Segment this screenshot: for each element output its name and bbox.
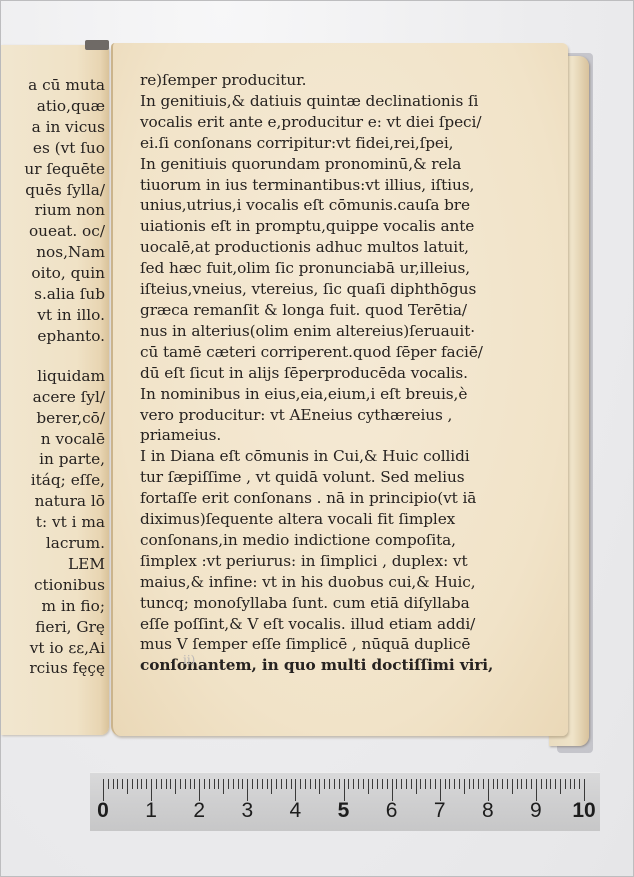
text-line: berer,cō/ — [1, 408, 105, 429]
ruler-tick — [228, 779, 229, 789]
ruler-tick — [435, 779, 436, 789]
ruler-tick — [344, 779, 345, 801]
ruler-tick — [209, 779, 210, 789]
ruler-tick — [574, 779, 575, 789]
ruler-tick — [141, 779, 142, 789]
ruler-tick — [420, 779, 421, 789]
text-line: m in fio; — [1, 596, 105, 617]
text-line: cū tamē cæteri corriperent.quod ſēper fa… — [140, 342, 490, 363]
ruler-tick — [521, 779, 522, 789]
text-line: t: vt i ma — [1, 512, 105, 533]
ruler-tick — [276, 779, 277, 789]
ruler-tick — [512, 779, 513, 794]
text-line: lacrum. — [1, 533, 105, 554]
ruler-tick — [531, 779, 532, 789]
ruler-tick — [175, 779, 176, 794]
text-line: a in vicus — [1, 117, 105, 138]
text-line: in parte, — [1, 449, 105, 470]
text-line: vt io εε,Ai — [1, 638, 105, 659]
text-line: rcius fęçę — [1, 658, 105, 679]
ruler-tick — [387, 779, 388, 789]
ruler-tick — [218, 779, 219, 789]
ruler-tick — [180, 779, 181, 789]
ruler-tick — [334, 779, 335, 789]
ruler-tick — [358, 779, 359, 789]
ruler-label: 9 — [530, 799, 542, 823]
ruler-tick — [396, 779, 397, 789]
ruler-tick — [281, 779, 282, 789]
ruler-tick — [469, 779, 470, 789]
ruler-tick — [190, 779, 191, 789]
ruler-tick — [122, 779, 123, 789]
text-line: fieri, Grę — [1, 617, 105, 638]
text-line: diximus)ſequente altera vocali fit ſimpl… — [140, 509, 490, 530]
right-page-text: re)ſemper producitur.In genitiuis,& dati… — [140, 70, 490, 676]
ruler-tick — [204, 779, 205, 789]
ruler-tick — [430, 779, 431, 789]
ruler-tick — [170, 779, 171, 789]
ruler-tick — [464, 779, 465, 794]
text-line: ur ſequēte — [1, 159, 105, 180]
text-line: acere ſyl/ — [1, 387, 105, 408]
binding-tab — [85, 40, 109, 50]
ruler-tick — [392, 779, 393, 801]
ruler-tick — [478, 779, 479, 789]
text-line: iſteius,vneius, vtereius, ſic quaſi diph… — [140, 279, 490, 300]
text-line: ephanto. — [1, 326, 105, 347]
ruler-tick — [584, 779, 585, 801]
text-line: græca remanſit & longa fuit. quod Terēti… — [140, 300, 490, 321]
text-line: s.alia ſub — [1, 284, 105, 305]
text-line: ſed hæc fuit,olim ſic pronunciabā ur,ill… — [140, 258, 490, 279]
ruler-tick — [151, 779, 152, 801]
ruler-tick — [319, 779, 320, 794]
text-line: oito, quin — [1, 263, 105, 284]
ruler-tick — [560, 779, 561, 794]
text-line: unius,utrius,i vocalis eſt cōmunis.cauſa… — [140, 195, 490, 216]
text-line: tiuorum in ius terminantibus:vt illius, … — [140, 175, 490, 196]
text-line: re)ſemper producitur. — [140, 70, 490, 91]
ruler-tick — [368, 779, 369, 794]
ruler-tick — [353, 779, 354, 789]
ruler-tick — [440, 779, 441, 801]
ruler-tick — [310, 779, 311, 789]
ruler-label: 2 — [193, 799, 205, 823]
ruler-tick — [242, 779, 243, 789]
text-line: tuncq; monoſyllaba ſunt. cum etiā diſyll… — [140, 593, 490, 614]
ruler-tick — [406, 779, 407, 789]
ruler-tick — [199, 779, 200, 801]
ruler-tick — [517, 779, 518, 789]
ruler-tick — [570, 779, 571, 789]
ruler-tick — [286, 779, 287, 789]
ruler-tick — [579, 779, 580, 789]
left-page: a cū mutaatio,quæa in vicuses (vt ſuour … — [1, 45, 109, 735]
ruler-tick — [449, 779, 450, 789]
text-line: In genitiuis,& datiuis quintæ declinatio… — [140, 91, 490, 112]
text-line: atio,quæ — [1, 96, 105, 117]
ruler-tick — [291, 779, 292, 789]
text-line: eſſe poſſint,& V eſt vocalis. illud etia… — [140, 614, 490, 635]
ruler-tick — [473, 779, 474, 789]
ruler-label: 1 — [145, 799, 157, 823]
ruler-tick — [546, 779, 547, 789]
ruler-label: 10 — [572, 799, 595, 823]
ruler-label: 7 — [434, 799, 446, 823]
text-line: liquidam — [1, 366, 105, 387]
right-page: re)ſemper producitur.In genitiuis,& dati… — [111, 43, 568, 736]
text-line: nus in alterius(olim enim altereius)ſeru… — [140, 321, 490, 342]
text-line: conſonans,in medio indictione compoſita, — [140, 530, 490, 551]
ruler-tick — [108, 779, 109, 789]
text-line: vocalis erit ante e,producitur e: vt die… — [140, 112, 490, 133]
text-line: maius,& infine: vt in his duobus cui,& H… — [140, 572, 490, 593]
ruler-tick — [555, 779, 556, 789]
ruler-label: 4 — [290, 799, 302, 823]
ruler-tick — [315, 779, 316, 789]
text-line: n vocalē — [1, 429, 105, 450]
ruler-tick — [329, 779, 330, 789]
ruler-tick — [488, 779, 489, 801]
ruler-tick — [257, 779, 258, 789]
ruler-tick — [223, 779, 224, 794]
measurement-ruler: 012345678910 — [90, 772, 600, 831]
ruler-label: 3 — [241, 799, 253, 823]
ruler-tick — [146, 779, 147, 789]
signature-mark: ii) — [183, 653, 195, 667]
ruler-label: 5 — [338, 799, 350, 823]
ruler-tick — [117, 779, 118, 789]
text-line: In nominibus in eius,eia,eium,i eſt breu… — [140, 384, 490, 405]
ruler-tick — [262, 779, 263, 789]
ruler-tick — [401, 779, 402, 789]
text-line: natura lō — [1, 491, 105, 512]
text-line: quēs ſylla/ — [1, 180, 105, 201]
text-line: ctionibus — [1, 575, 105, 596]
ruler-tick — [454, 779, 455, 789]
ruler-tick — [416, 779, 417, 794]
ruler-label: 8 — [482, 799, 494, 823]
ruler-tick — [300, 779, 301, 789]
ruler-tick — [382, 779, 383, 789]
ruler-tick — [247, 779, 248, 801]
ruler-tick — [295, 779, 296, 801]
text-line: vero producitur: vt AEneius cythæreius , — [140, 405, 490, 426]
ruler-label: 0 — [97, 799, 109, 823]
text-line: uiationis eſt in promptu,quippe vocalis … — [140, 216, 490, 237]
ruler-tick — [267, 779, 268, 789]
text-line: In genitiuis quorundam pronominū,& rela — [140, 154, 490, 175]
ruler-tick — [339, 779, 340, 789]
ruler-tick — [483, 779, 484, 789]
ruler-tick — [161, 779, 162, 789]
ruler-tick — [541, 779, 542, 789]
ruler-tick — [363, 779, 364, 789]
text-line: es (vt ſuo — [1, 138, 105, 159]
text-line: ſimplex :vt periurus: in ſimplici , dupl… — [140, 551, 490, 572]
ruler-tick — [425, 779, 426, 789]
text-line: nos,Nam — [1, 242, 105, 263]
text-line: fortaſſe erit conſonans . nā in principi… — [140, 488, 490, 509]
text-line: vt in illo. — [1, 305, 105, 326]
ruler-tick — [411, 779, 412, 789]
text-line: I in Diana eſt cōmunis in Cui,& Huic col… — [140, 446, 490, 467]
ruler-tick — [166, 779, 167, 789]
text-line: LEM — [1, 554, 105, 575]
ruler-tick — [372, 779, 373, 789]
ruler-tick — [502, 779, 503, 789]
ruler-tick — [348, 779, 349, 789]
ruler-label: 6 — [386, 799, 398, 823]
ruler-tick — [536, 779, 537, 801]
ruler-tick — [526, 779, 527, 789]
ruler-tick — [156, 779, 157, 789]
ruler-tick — [459, 779, 460, 789]
text-line: ei.ſi conſonans corripitur:vt fidei,rei,… — [140, 133, 490, 154]
ruler-tick — [493, 779, 494, 789]
text-line: itáq; eſſe, — [1, 470, 105, 491]
ruler-tick — [238, 779, 239, 789]
ruler-tick — [565, 779, 566, 789]
text-line: dū eſt ſicut in alijs ſēperproducēda voc… — [140, 363, 490, 384]
ruler-tick — [214, 779, 215, 789]
ruler-tick — [194, 779, 195, 789]
text-line: priameius. — [140, 425, 490, 446]
ruler-tick — [185, 779, 186, 789]
text-line: rium non — [1, 200, 105, 221]
ruler-tick — [445, 779, 446, 789]
ruler-tick — [271, 779, 272, 794]
text-line: tur ſæpiſſime , vt quidā volunt. Sed mel… — [140, 467, 490, 488]
ruler-tick — [132, 779, 133, 789]
ruler-tick — [127, 779, 128, 794]
text-line: a cū muta — [1, 75, 105, 96]
ruler-tick — [103, 779, 104, 801]
ruler-tick — [550, 779, 551, 789]
ruler-tick — [507, 779, 508, 789]
ruler-tick — [497, 779, 498, 789]
ruler-tick — [305, 779, 306, 789]
ruler-tick — [137, 779, 138, 789]
ruler-tick — [324, 779, 325, 789]
scan-background: a cū mutaatio,quæa in vicuses (vt ſuour … — [0, 0, 634, 877]
text-line: oueat. oc/ — [1, 221, 105, 242]
ruler-tick — [113, 779, 114, 789]
ruler-tick — [377, 779, 378, 789]
text-line: uocalē,at productionis adhuc multos latu… — [140, 237, 490, 258]
ruler-tick — [252, 779, 253, 789]
left-page-text: a cū mutaatio,quæa in vicuses (vt ſuour … — [1, 75, 105, 679]
ruler-tick — [233, 779, 234, 789]
